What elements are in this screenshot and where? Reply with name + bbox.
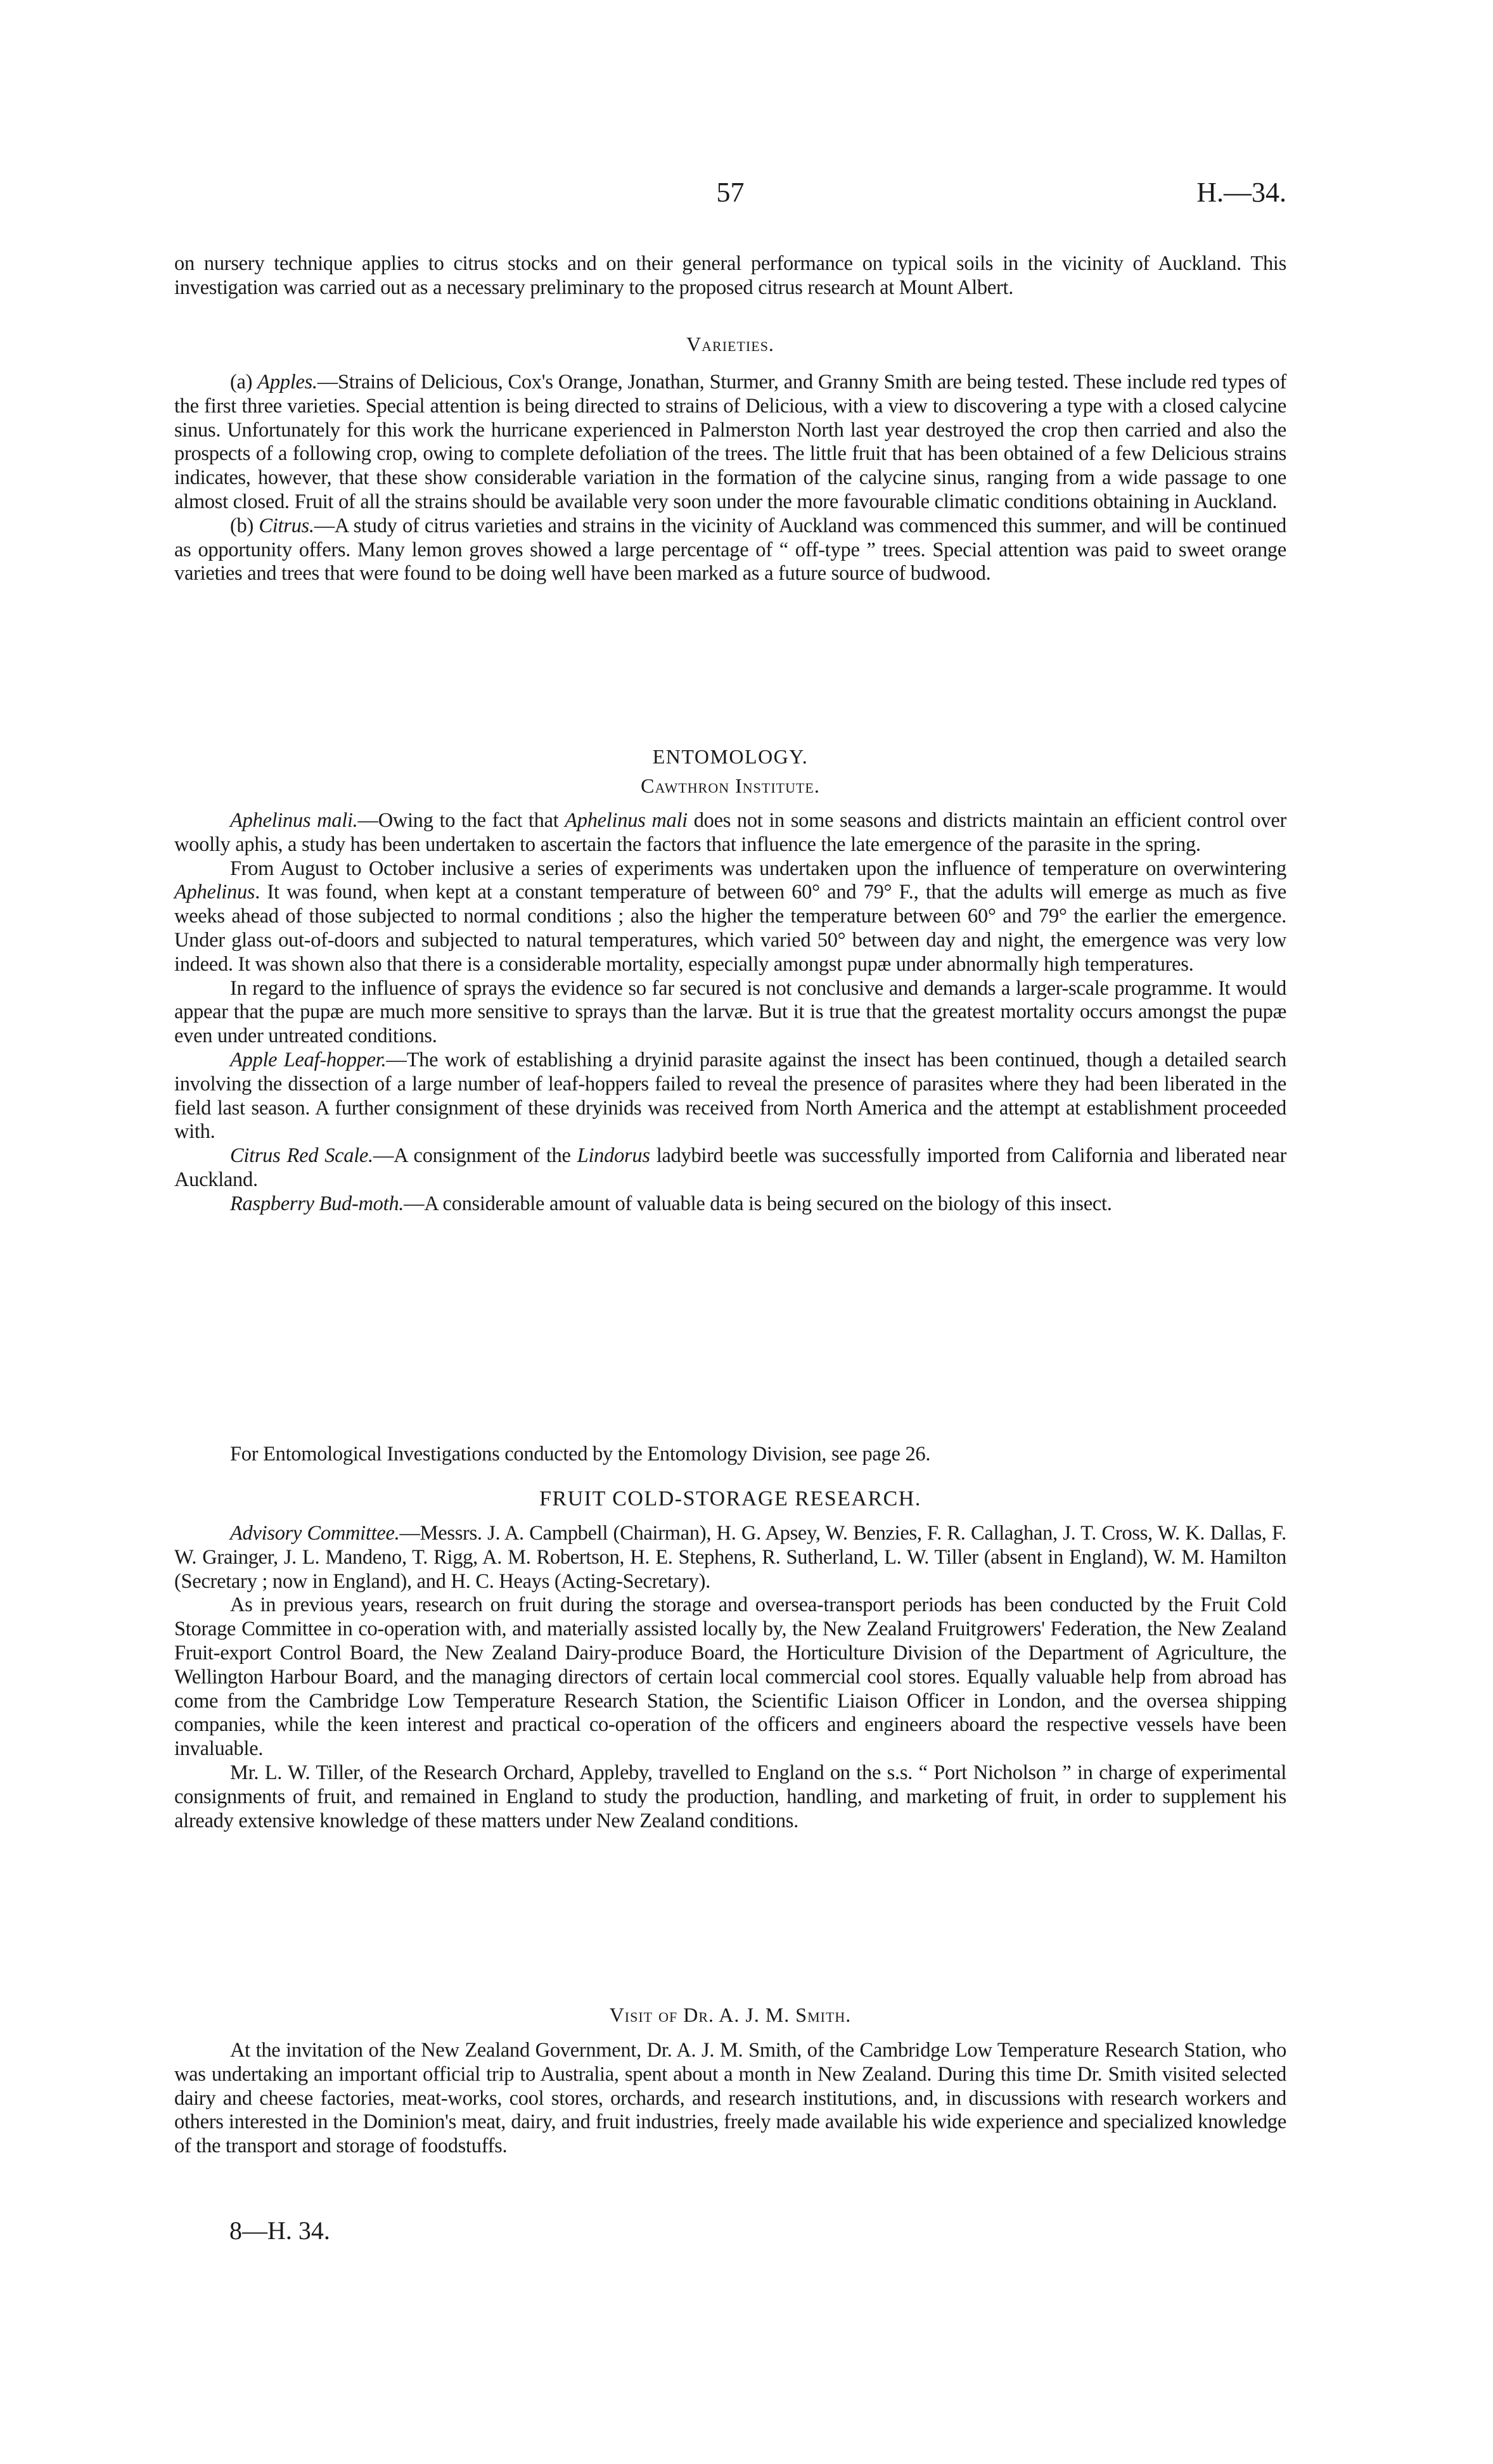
printer-signature: 8—H. 34. [229,2216,330,2245]
apples-paragraph: (a) Apples.—Strains of Delicious, Cox's … [174,371,1286,514]
tiller-paragraph: Mr. L. W. Tiller, of the Research Orchar… [174,1761,1286,1833]
red-scale-paragraph: Citrus Red Scale.—A consignment of the L… [174,1144,1286,1192]
citrus-title: Citrus. [259,514,314,537]
cross-reference-section: For Entomological Investigations conduct… [174,1443,1286,1467]
temperature-text-a: From August to October inclusive a serie… [230,857,1286,880]
varieties-heading: Varieties. [174,333,1286,356]
entomology-section: Aphelinus mali.—Owing to the fact that A… [174,809,1286,1216]
cold-storage-heading: FRUIT COLD-STORAGE RESEARCH. [174,1487,1286,1511]
visit-section: At the invitation of the New Zealand Gov… [174,2039,1286,2159]
temperature-italic: Aphelinus [174,881,255,903]
citrus-lead: (b) [230,514,259,537]
leafhopper-paragraph: Apple Leaf-hopper.—The work of establish… [174,1049,1286,1144]
temperature-paragraph: From August to October inclusive a serie… [174,857,1286,977]
visit-paragraph: At the invitation of the New Zealand Gov… [174,2039,1286,2159]
cawthron-subheading: Cawthron Institute. [174,774,1286,798]
entomology-heading: ENTOMOLOGY. [174,745,1286,769]
citrus-text: —A study of citrus varieties and strains… [174,514,1286,585]
aphelinus-paragraph: Aphelinus mali.—Owing to the fact that A… [174,809,1286,857]
visit-heading: Visit of Dr. A. J. M. Smith. [174,2003,1286,2027]
red-scale-italic: Lindorus [577,1144,650,1167]
research-paragraph: As in previous years, research on fruit … [174,1593,1286,1761]
citrus-paragraph: (b) Citrus.—A study of citrus varieties … [174,514,1286,586]
temperature-text-c: . It was found, when kept at a constant … [174,881,1286,975]
intro-section: on nursery technique applies to citrus s… [174,252,1286,300]
varieties-section: (a) Apples.—Strains of Delicious, Cox's … [174,371,1286,586]
sprays-paragraph: In regard to the influence of sprays the… [174,977,1286,1049]
bud-moth-paragraph: Raspberry Bud-moth.—A considerable amoun… [174,1192,1286,1216]
page-header: 57 H.—34. [174,176,1286,214]
intro-paragraph: on nursery technique applies to citrus s… [174,252,1286,300]
cross-reference: For Entomological Investigations conduct… [174,1443,1286,1467]
red-scale-text-a: —A consignment of the [373,1144,577,1167]
cold-storage-section: Advisory Committee.—Messrs. J. A. Campbe… [174,1522,1286,1833]
committee-title: Advisory Committee. [230,1522,399,1545]
aphelinus-title: Aphelinus mali. [230,809,358,832]
committee-paragraph: Advisory Committee.—Messrs. J. A. Campbe… [174,1522,1286,1593]
leafhopper-title: Apple Leaf-hopper. [230,1049,386,1071]
bud-moth-text: —A considerable amount of valuable data … [404,1192,1112,1215]
red-scale-title: Citrus Red Scale. [230,1144,373,1167]
bud-moth-title: Raspberry Bud-moth. [230,1192,404,1215]
apples-lead: (a) [230,371,257,393]
document-reference: H.—34. [1196,176,1286,208]
page-number: 57 [174,176,1286,208]
apples-title: Apples. [257,371,317,393]
aphelinus-text-a: —Owing to the fact that [358,809,565,832]
apples-text: —Strains of Delicious, Cox's Orange, Jon… [174,371,1286,513]
aphelinus-italic: Aphelinus mali [565,809,688,832]
